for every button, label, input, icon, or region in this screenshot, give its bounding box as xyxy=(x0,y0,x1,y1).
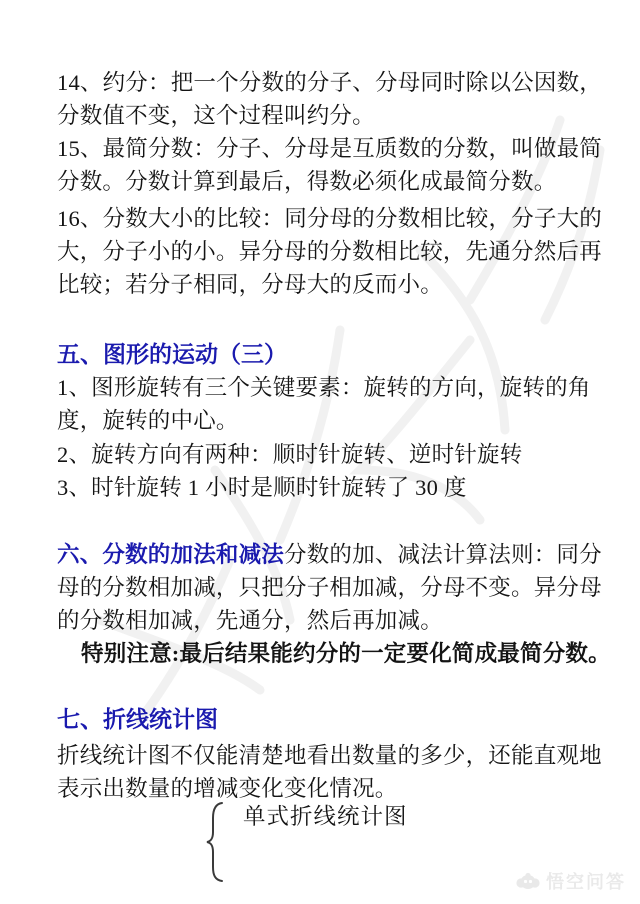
paragraph-line: 比较；若分子相同，分母大的反而小。 xyxy=(57,268,597,301)
paragraph-line: 母的分数相加减，只把分子相加减，分母不变。异分母 xyxy=(57,571,597,604)
paragraph-line: 2、旋转方向有两种：顺时针旋转、逆时针旋转 xyxy=(57,438,597,471)
document-page: 14、约分：把一个分数的分子、分母同时除以公因数， 分数值不变，这个过程叫约分。… xyxy=(0,0,640,904)
section-fractions: 14、约分：把一个分数的分子、分母同时除以公因数， 分数值不变，这个过程叫约分。… xyxy=(57,66,597,301)
paragraph-line: 分数值不变，这个过程叫约分。 xyxy=(57,99,597,132)
paragraph-line: 分数。分数计算到最后，得数必须化成最简分数。 xyxy=(57,165,597,198)
paragraph-line: 15、最简分数：分子、分母是互质数的分数，叫做最简 xyxy=(57,132,597,165)
wukong-logo-icon xyxy=(515,871,541,891)
brace-item-label: 单式折线统计图 xyxy=(243,800,408,833)
paragraph-line: 六、分数的加法和减法分数的加、减法计算法则：同分 xyxy=(57,538,597,571)
section-seven-body: 折线统计图不仅能清楚地看出数量的多少，还能直观地 表示出数量的增减变化变化情况。 xyxy=(57,739,597,805)
special-note-line: 特别注意:最后结果能约分的一定要化简成最简分数。 xyxy=(57,637,597,670)
section-five-heading: 五、图形的运动（三） xyxy=(57,338,597,371)
curly-brace-icon xyxy=(203,799,225,885)
paragraph-line: 折线统计图不仅能清楚地看出数量的多少，还能直观地 xyxy=(57,739,597,772)
paragraph-line: 14、约分：把一个分数的分子、分母同时除以公因数， xyxy=(57,66,597,99)
section-six-heading-tail: 分数的加、减法计算法则：同分 xyxy=(284,542,602,567)
section-seven-heading: 七、折线统计图 xyxy=(57,703,597,736)
brand-watermark-text: 悟空问答 xyxy=(546,868,626,894)
section-six: 六、分数的加法和减法分数的加、减法计算法则：同分 母的分数相加减，只把分子相加减… xyxy=(57,538,597,670)
section-five-body: 1、图形旋转有三个关键要素：旋转的方向，旋转的角 度，旋转的中心。 2、旋转方向… xyxy=(57,371,597,504)
section-seven: 七、折线统计图 xyxy=(57,703,597,736)
paragraph-line: 1、图形旋转有三个关键要素：旋转的方向，旋转的角 xyxy=(57,371,597,404)
paragraph-line: 16、分数大小的比较：同分母的分数相比较，分子大的 xyxy=(57,202,597,235)
paragraph-line: 3、时针旋转 1 小时是顺时针旋转了 30 度 xyxy=(57,471,597,504)
section-five: 五、图形的运动（三） xyxy=(57,338,597,371)
paragraph-line: 的分数相加减，先通分，然后再加减。 xyxy=(57,604,597,637)
paragraph-line: 大，分子小的小。异分母的分数相比较，先通分然后再 xyxy=(57,235,597,268)
brand-watermark: 悟空问答 xyxy=(515,868,626,894)
section-six-heading: 六、分数的加法和减法 xyxy=(57,542,284,567)
paragraph-line: 度，旋转的中心。 xyxy=(57,404,597,437)
